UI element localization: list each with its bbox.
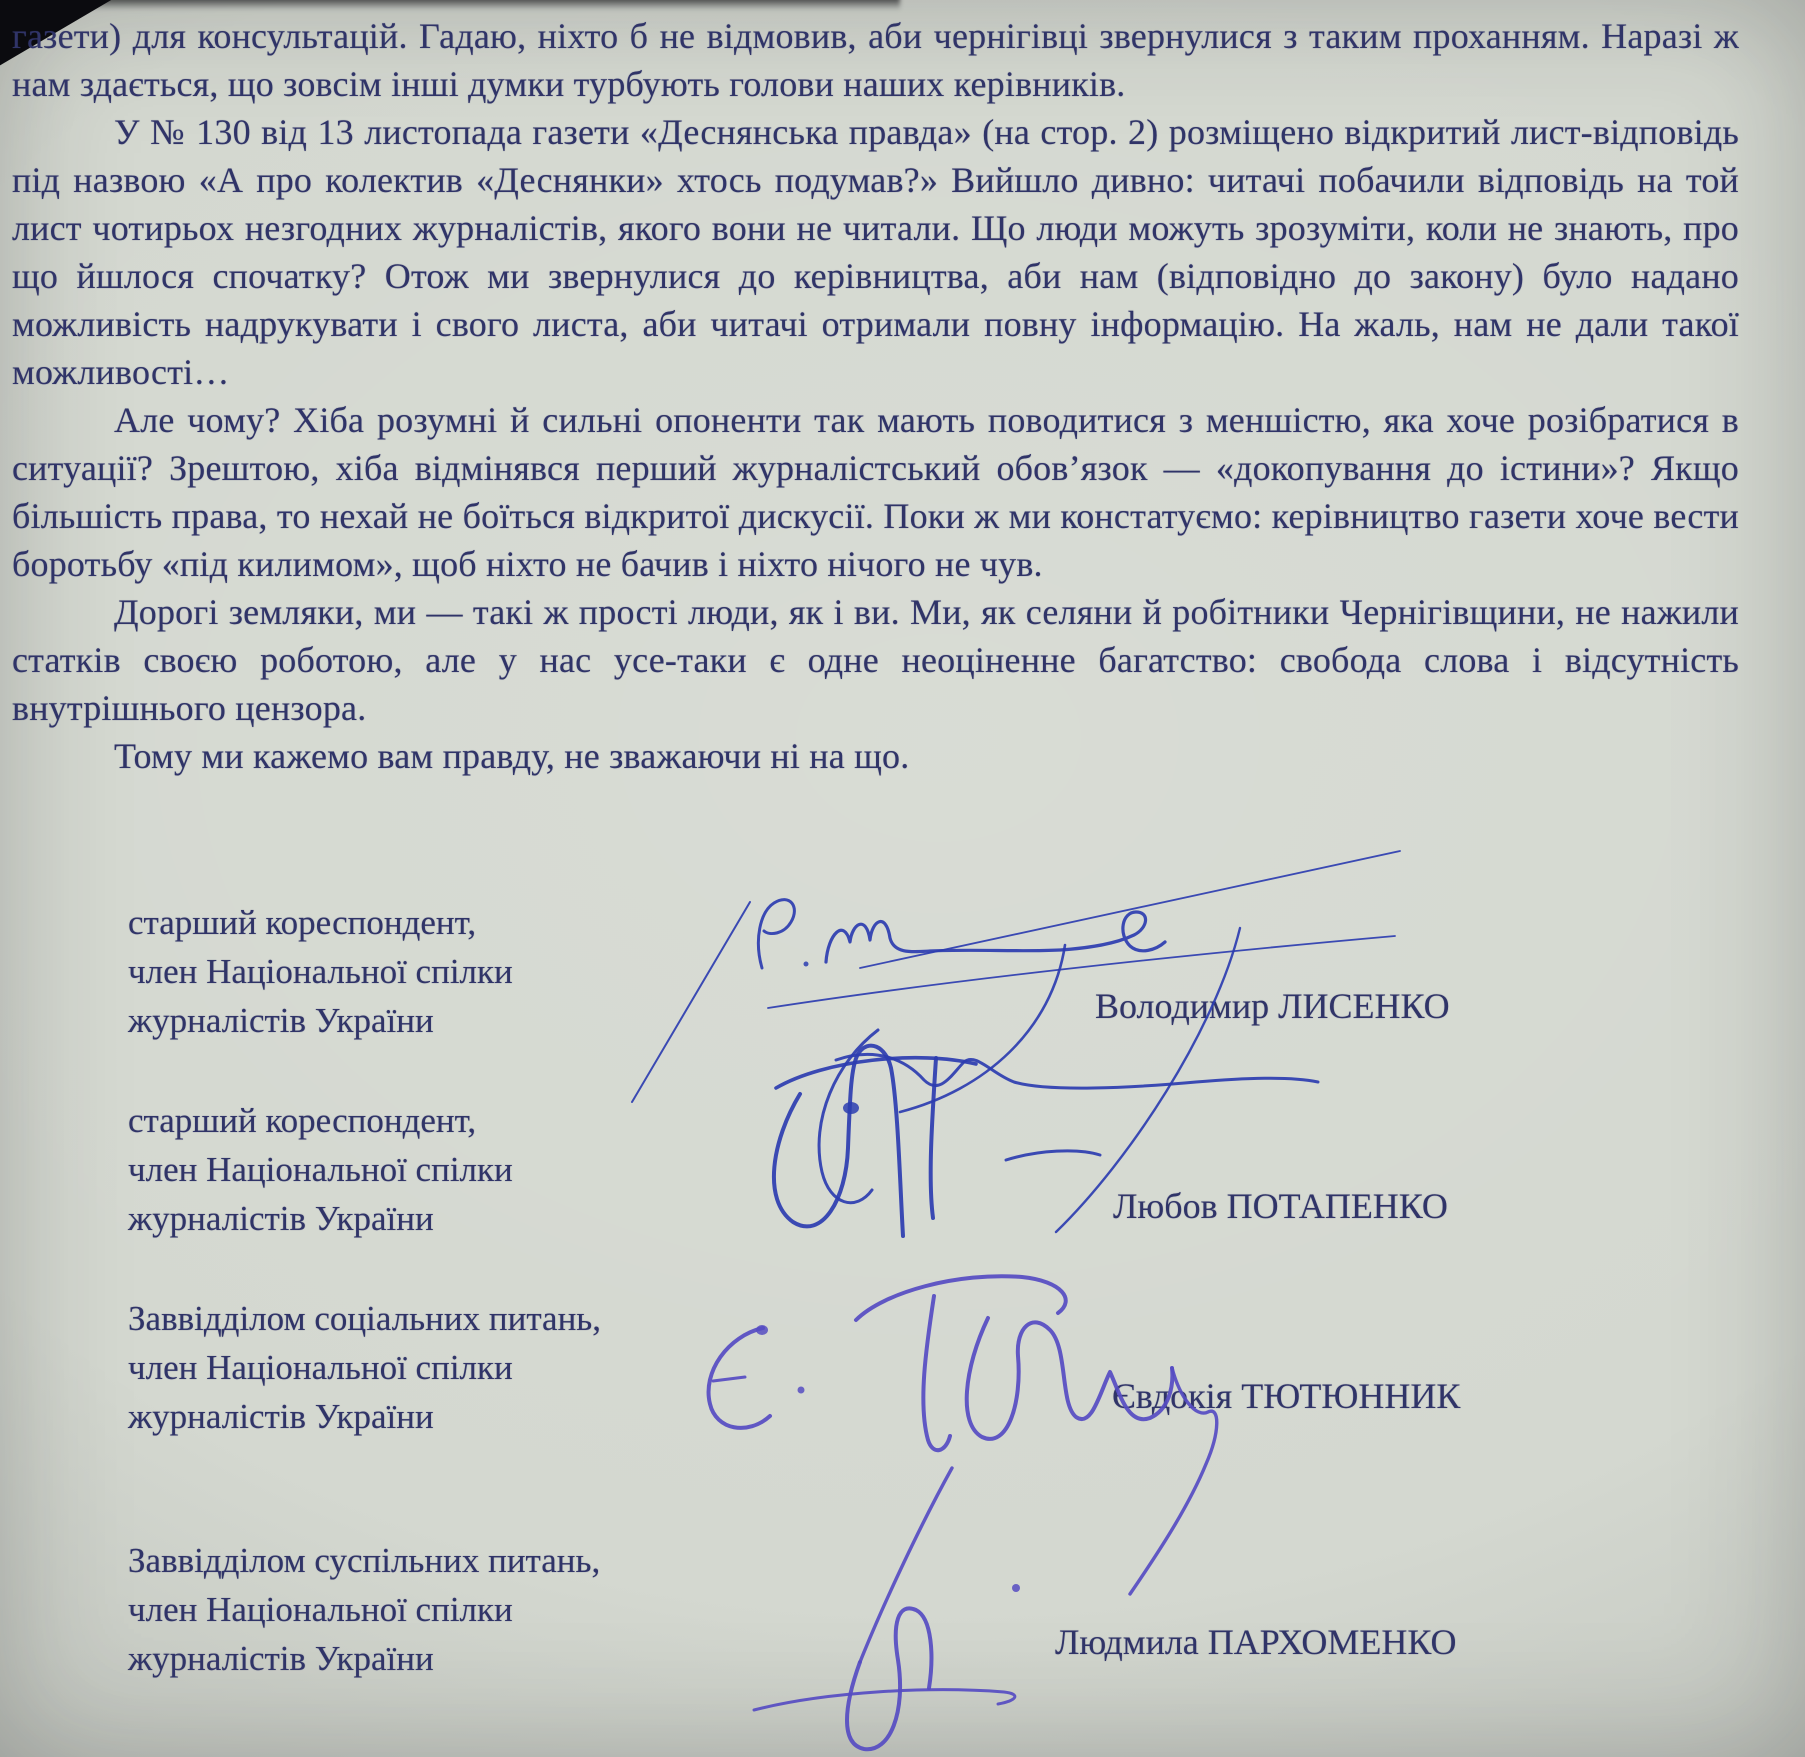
signatory-name: Євдокія ТЮТЮННИК xyxy=(1112,1374,1460,1418)
signatory-title-block: старший кореспондент, член Національної … xyxy=(128,898,513,1045)
signatory-title-line: Заввідділом соціальних питань, xyxy=(128,1294,601,1343)
signatory-title-line: член Національної спілки xyxy=(128,1585,600,1634)
paragraph: У № 130 від 13 листопада газети «Деснянс… xyxy=(12,108,1739,396)
signatory-title-block: старший кореспондент, член Національної … xyxy=(128,1096,513,1243)
signatory-title-line: журналістів України xyxy=(128,1194,513,1243)
paragraph-continuation: газети) для консультацій. Гадаю, ніхто б… xyxy=(12,12,1739,108)
signatory-title-line: член Національної спілки xyxy=(128,947,513,996)
signatory-title-line: журналістів України xyxy=(128,996,513,1045)
signatory-title-line: старший кореспондент, xyxy=(128,898,513,947)
signatory-title-line: член Національної спілки xyxy=(128,1145,513,1194)
paragraph: Але чому? Хіба розумні й сильні опоненти… xyxy=(12,396,1739,588)
signature-lysenko-ink xyxy=(632,851,1400,1232)
signature-parkhomenko-ink xyxy=(754,1468,1015,1749)
signatory-title-line: журналістів України xyxy=(128,1392,601,1441)
signatory-title-line: Заввідділом суспільних питань, xyxy=(128,1536,600,1585)
signature-tyutyunnyk-ink xyxy=(709,1276,1217,1594)
photographed-letter-page: газети) для консультацій. Гадаю, ніхто б… xyxy=(0,0,1805,1757)
signatory-name: Людмила ПАРХОМЕНКО xyxy=(1055,1620,1457,1664)
letter-body: газети) для консультацій. Гадаю, ніхто б… xyxy=(12,12,1739,780)
paragraph: Тому ми кажемо вам правду, не зважаючи н… xyxy=(12,732,1739,780)
signatory-title-line: старший кореспондент, xyxy=(128,1096,513,1145)
signatory-title-line: член Національної спілки xyxy=(128,1343,601,1392)
paragraph: Дорогі земляки, ми — такі ж прості люди,… xyxy=(12,588,1739,732)
photo-shadow-top-edge xyxy=(0,0,900,10)
signatory-title-block: Заввідділом суспільних питань, член Наці… xyxy=(128,1536,600,1683)
signatory-name: Любов ПОТАПЕНКО xyxy=(1113,1184,1448,1228)
signatory-name: Володимир ЛИСЕНКО xyxy=(1095,984,1450,1028)
signature-potapenko-ink xyxy=(774,1046,1100,1236)
signatory-title-line: журналістів України xyxy=(128,1634,600,1683)
signatory-title-block: Заввідділом соціальних питань, член Наці… xyxy=(128,1294,601,1441)
